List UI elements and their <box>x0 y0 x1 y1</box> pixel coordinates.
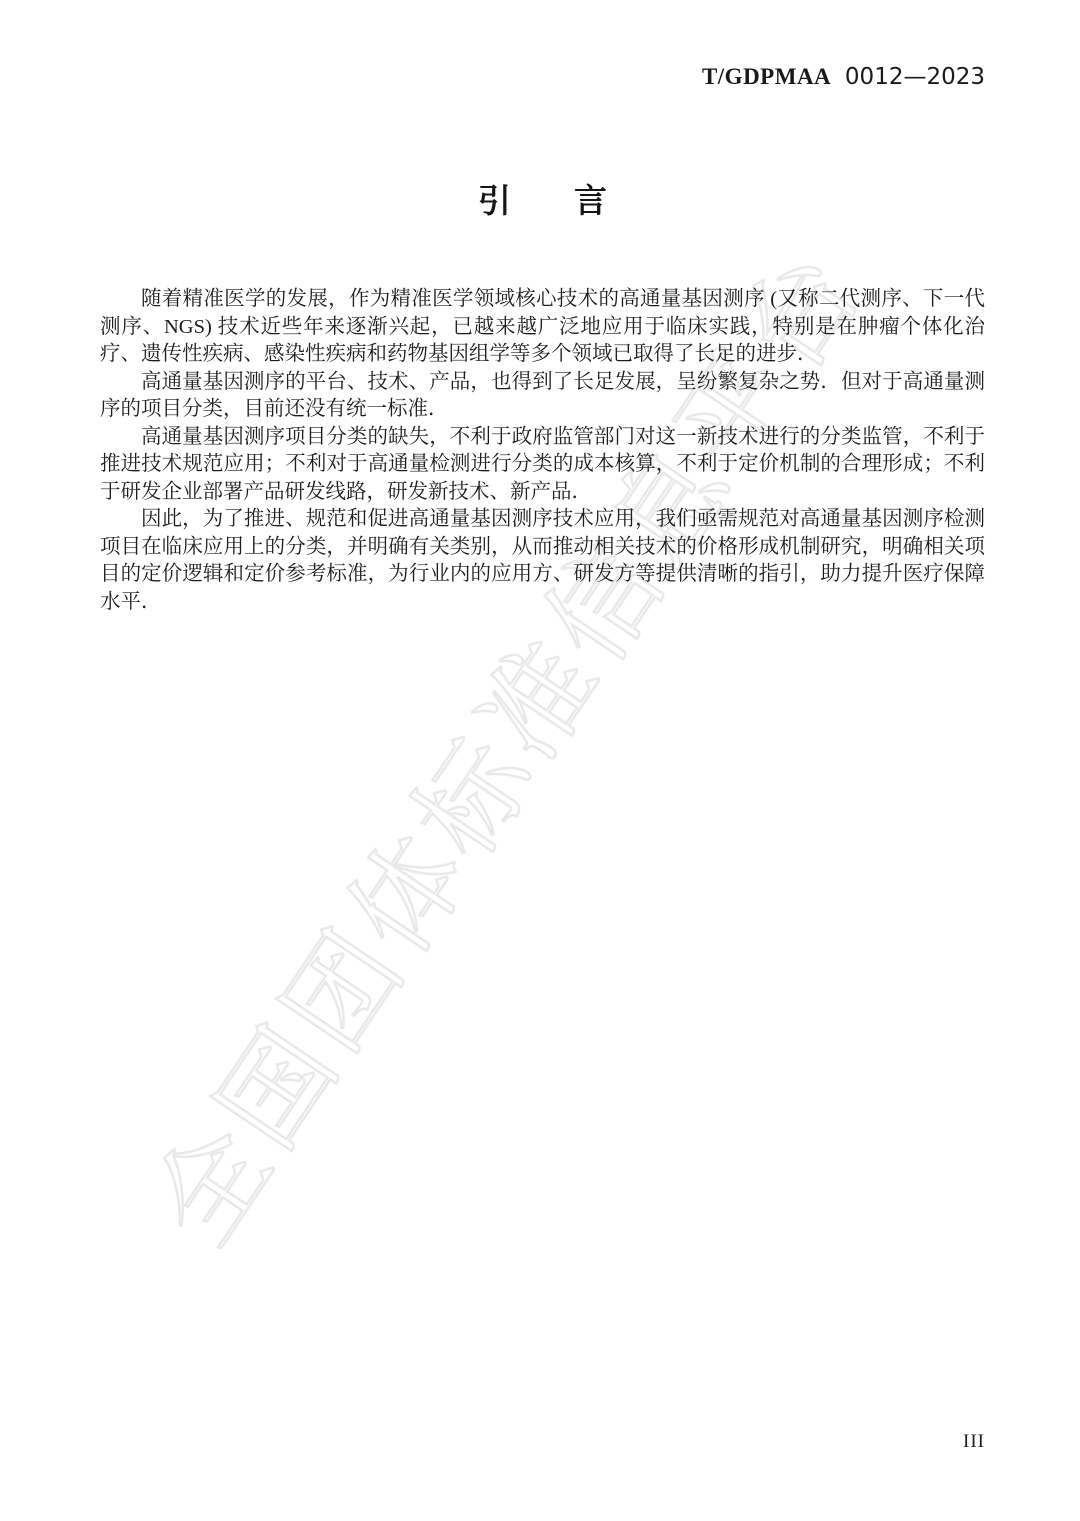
body-text: 随着精准医学的发展，作为精准医学领域核心技术的高通量基因测序 (又称二代测序、下… <box>100 286 985 616</box>
standard-code-prefix: T/GDPMAA <box>702 64 831 89</box>
paragraph-2: 高通量基因测序的平台、技术、产品，也得到了长足发展，呈纷繁复杂之势．但对于高通量… <box>100 369 985 424</box>
page-content: T/GDPMAA 0012—2023 引 言 随着精准医学的发展，作为精准医学领… <box>0 0 1080 1521</box>
page-title: 引 言 <box>100 183 985 219</box>
paragraph-3: 高通量基因测序项目分类的缺失，不利于政府监管部门对这一新技术进行的分类监管，不利… <box>100 424 985 507</box>
title-char-first: 引 <box>478 183 511 219</box>
title-char-second: 言 <box>574 183 607 219</box>
standard-code-header: T/GDPMAA 0012—2023 <box>100 64 985 90</box>
paragraph-4: 因此，为了推进、规范和促进高通量基因测序技术应用，我们亟需规范对高通量基因测序检… <box>100 506 985 616</box>
paragraph-1: 随着精准医学的发展，作为精准医学领域核心技术的高通量基因测序 (又称二代测序、下… <box>100 286 985 369</box>
page-number: III <box>100 1431 985 1453</box>
standard-code-number: 0012—2023 <box>845 64 985 90</box>
document-page: 全国团体标准信息平台 T/GDPMAA 0012—2023 引 言 随着精准医学… <box>0 0 1080 1521</box>
